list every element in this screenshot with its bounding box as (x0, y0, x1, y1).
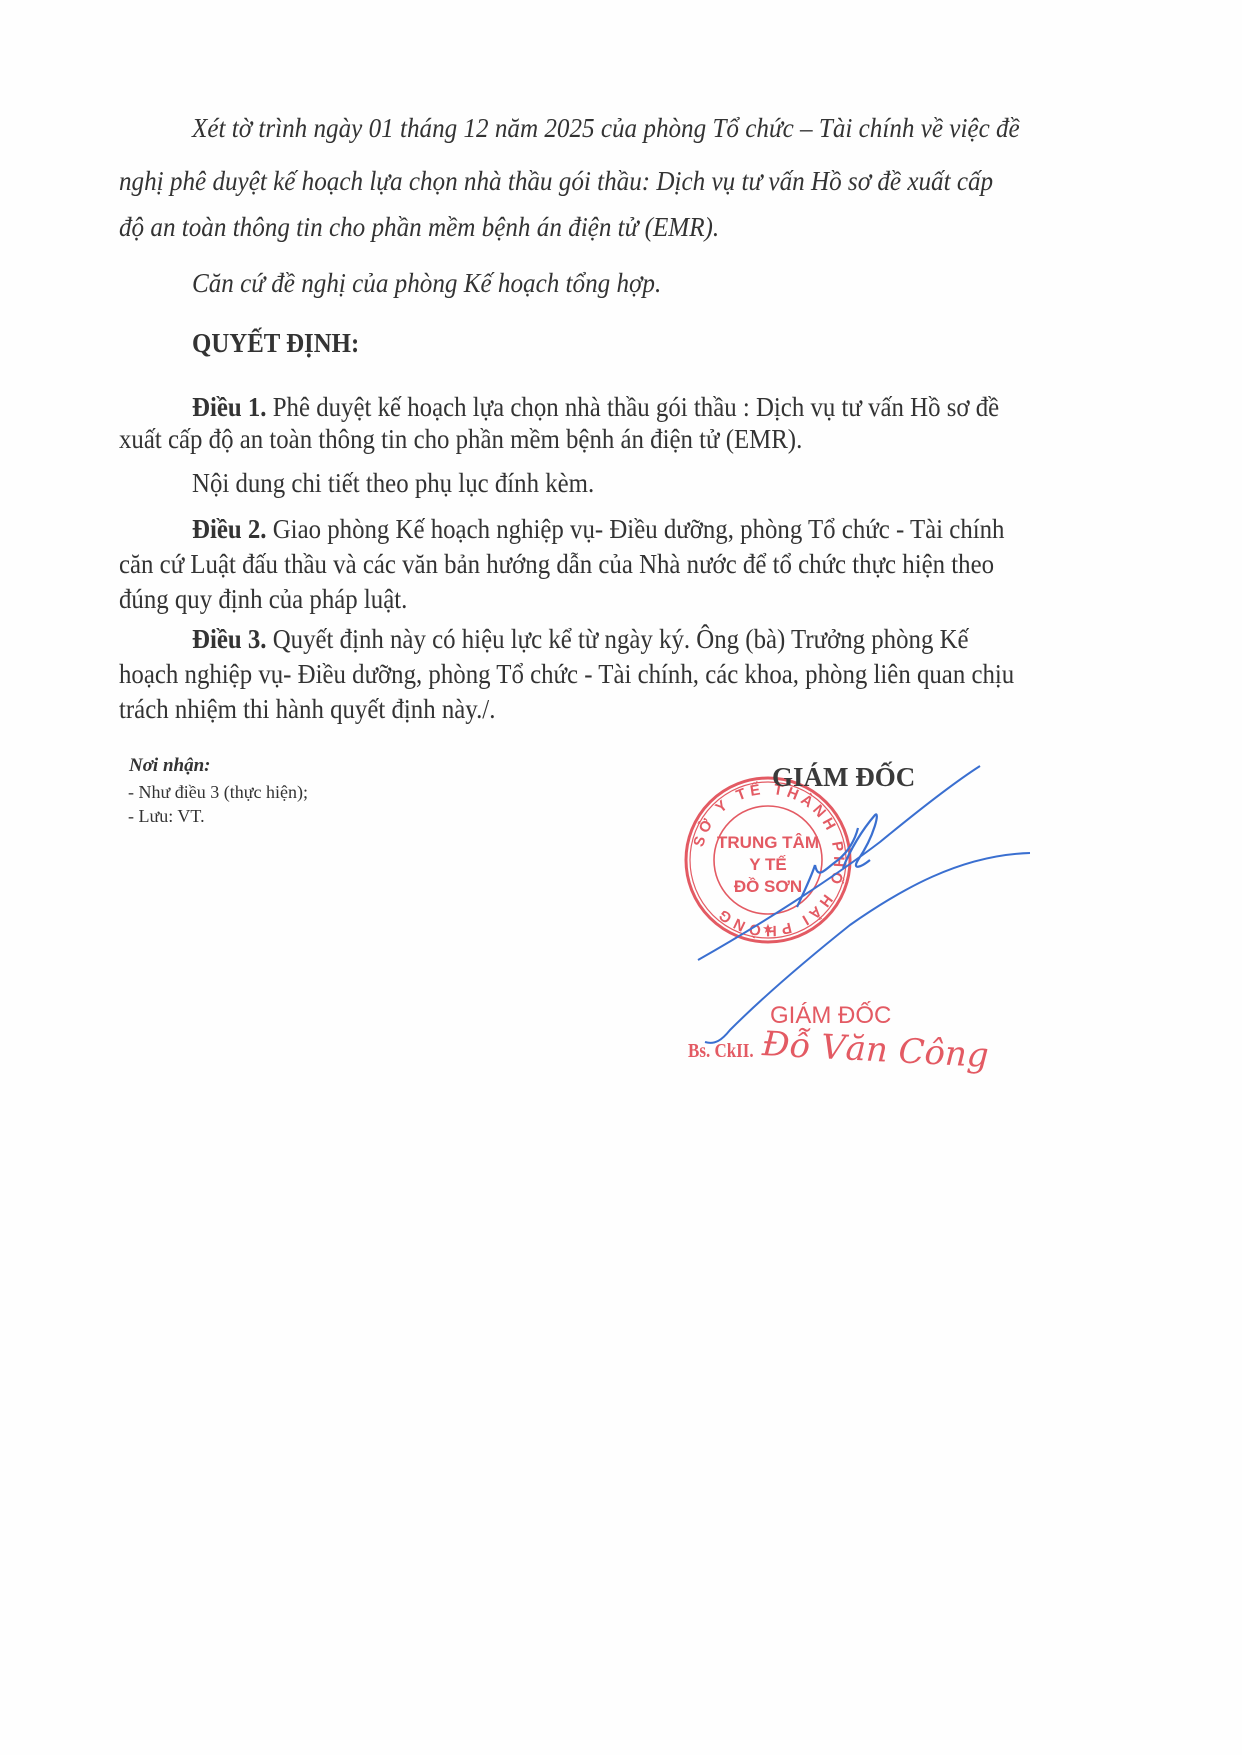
article-2-line-3: đúng quy định của pháp luật. (119, 584, 407, 615)
preamble-line-2: nghị phê duyệt kế hoạch lựa chọn nhà thầ… (119, 166, 993, 197)
recipient-item: - Như điều 3 (thực hiện); (128, 782, 308, 803)
article-2-line-1: Điều 2. Giao phòng Kế hoạch nghiệp vụ- Đ… (192, 514, 1004, 545)
stamp-center-line-3: ĐỒ SƠN (734, 877, 802, 896)
handwritten-signature-icon (0, 0, 1242, 1755)
article-1-label: Điều 1. (192, 392, 267, 422)
stamp-center-line-1: TRUNG TÂM (717, 833, 819, 852)
article-3-label: Điều 3. (192, 624, 267, 654)
signature-prefix: Bs. CkII. (688, 1040, 754, 1063)
signature-title: GIÁM ĐỐC (772, 762, 915, 793)
official-stamp: SỞ Y TẾ THÀNH PHỐ HẢI PHÒNG TRUNG TÂM Y … (683, 775, 853, 945)
preamble-line-1: Xét tờ trình ngày 01 tháng 12 năm 2025 c… (192, 113, 1020, 144)
decision-heading: QUYẾT ĐỊNH: (192, 328, 359, 359)
article-1-line-2: xuất cấp độ an toàn thông tin cho phần m… (119, 424, 802, 455)
stamp-center-line-2: Y TẾ (749, 855, 786, 874)
signature-name: Đỗ Văn Công (761, 1024, 990, 1076)
preamble-line-4: Căn cứ đề nghị của phòng Kế hoạch tổng h… (192, 268, 661, 299)
article-2-label: Điều 2. (192, 514, 267, 544)
article-1-extra: Nội dung chi tiết theo phụ lục đính kèm. (192, 468, 594, 499)
preamble-line-3: độ an toàn thông tin cho phần mềm bệnh á… (119, 212, 719, 243)
article-1-line-1: Điều 1. Phê duyệt kế hoạch lựa chọn nhà … (192, 392, 999, 423)
article-2-line-2: căn cứ Luật đấu thầu và các văn bản hướn… (119, 549, 994, 580)
document-page: Xét tờ trình ngày 01 tháng 12 năm 2025 c… (0, 0, 1242, 1755)
stamp-star-icon: ★ (762, 921, 774, 936)
recipients-title: Nơi nhận: (129, 755, 210, 777)
article-3-line-2: hoạch nghiệp vụ- Điều dưỡng, phòng Tổ ch… (119, 659, 1014, 690)
article-3-line-1: Điều 3. Quyết định này có hiệu lực kể từ… (192, 624, 969, 655)
article-3-line-3: trách nhiệm thi hành quyết định này./. (119, 694, 495, 725)
recipient-item: - Lưu: VT. (128, 806, 205, 827)
